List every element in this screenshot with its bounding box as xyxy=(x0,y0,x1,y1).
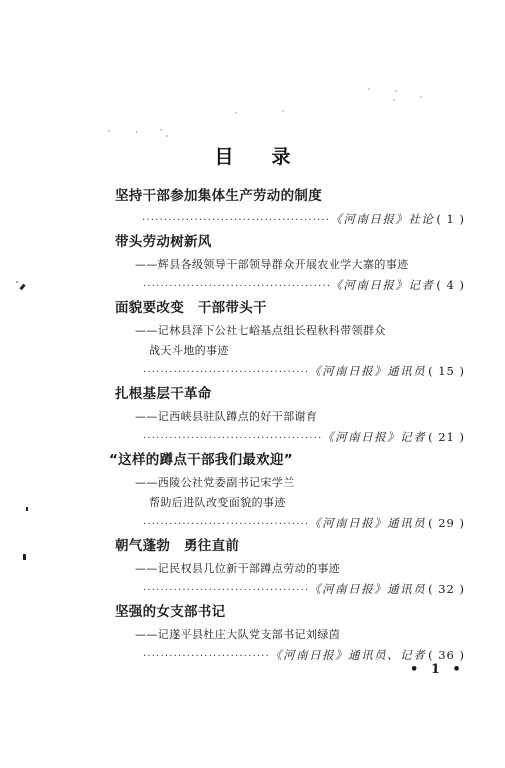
scan-mark xyxy=(23,554,26,560)
table-of-contents: 坚持干部参加集体生产劳动的制度 《河南日报》社论 ( 1 ) 带头劳动树新风 —… xyxy=(115,186,465,668)
scan-speck xyxy=(108,130,110,132)
entry-subtitle: ——辉县各级领导干部领导群众开展农业学大寨的事迹 xyxy=(115,256,465,276)
entry-heading[interactable]: 带头劳动树新风 xyxy=(115,232,465,256)
entry-heading[interactable]: 朝气蓬勃 勇往直前 xyxy=(115,536,465,560)
entry-heading[interactable]: 坚持干部参加集体生产劳动的制度 xyxy=(115,186,465,210)
entry-leader: 《河南日报》记者 ( 4 ) xyxy=(115,276,465,298)
entry-subtitle-continued: 帮助后进队改变面貌的事迹 xyxy=(115,494,465,514)
entry-source: 《河南日报》社论 xyxy=(330,210,434,228)
dot-leader xyxy=(143,582,309,600)
entry-source: 《河南日报》通讯员、记者 xyxy=(270,646,426,664)
dot-leader xyxy=(143,430,322,448)
title-char: 录 xyxy=(272,146,291,168)
entry-subtitle: ——记民权县几位新干部蹲点劳动的事迹 xyxy=(115,560,465,580)
entry-heading[interactable]: 坚强的女支部书记 xyxy=(115,602,465,626)
entry-source: 《河南日报》记者 xyxy=(330,276,434,294)
scan-speck xyxy=(395,90,397,92)
entry-source: 《河南日报》通讯员 xyxy=(309,514,426,532)
toc-entry[interactable]: 朝气蓬勃 勇往直前 ——记民权县几位新干部蹲点劳动的事迹 《河南日报》通讯员 (… xyxy=(115,536,465,602)
dot-leader xyxy=(143,364,309,382)
toc-entry[interactable]: 带头劳动树新风 ——辉县各级领导干部领导群众开展农业学大寨的事迹 《河南日报》记… xyxy=(115,232,465,298)
entry-leader: 《河南日报》通讯员 ( 15 ) xyxy=(115,362,465,384)
toc-entry[interactable]: 面貌要改变 干部带头干 ——记林县泽下公社七峪基点组长程秋科带领群众 战天斗地的… xyxy=(115,298,465,384)
dot-leader xyxy=(143,278,330,296)
page-number: • 1 • xyxy=(410,662,465,677)
entry-source: 《河南日报》通讯员 xyxy=(309,580,426,598)
entry-page[interactable]: ( 29 ) xyxy=(428,514,465,532)
toc-entry[interactable]: 坚持干部参加集体生产劳动的制度 《河南日报》社论 ( 1 ) xyxy=(115,186,465,232)
entry-subtitle-continued: 战天斗地的事迹 xyxy=(115,342,465,362)
toc-entry[interactable]: 扎根基层干革命 ——记西峡县驻队蹲点的好干部谢育 《河南日报》记者 ( 21 ) xyxy=(115,384,465,450)
entry-leader: 《河南日报》记者 ( 21 ) xyxy=(115,428,465,450)
scan-mark xyxy=(19,284,25,291)
scan-speck xyxy=(368,88,370,90)
entry-leader: 《河南日报》通讯员 ( 29 ) xyxy=(115,514,465,536)
scan-speck xyxy=(16,281,18,283)
scan-speck xyxy=(160,129,162,131)
entry-subtitle: ——记西峡县驻队蹲点的好干部谢育 xyxy=(115,408,465,428)
title-char: 目 xyxy=(214,146,233,168)
entry-source: 《河南日报》记者 xyxy=(322,428,426,446)
dot-leader xyxy=(143,516,309,534)
scan-speck xyxy=(235,112,237,114)
entry-subtitle: ——记林县泽下公社七峪基点组长程秋科带领群众 xyxy=(115,322,465,342)
scan-speck xyxy=(166,135,168,137)
scanned-page: 目录 坚持干部参加集体生产劳动的制度 《河南日报》社论 ( 1 ) 带头劳动树新… xyxy=(0,0,505,768)
entry-page[interactable]: ( 1 ) xyxy=(436,210,465,228)
entry-heading[interactable]: “这样的蹲点干部我们最欢迎” xyxy=(109,450,465,474)
scan-speck xyxy=(282,110,284,112)
entry-source: 《河南日报》通讯员 xyxy=(309,362,426,380)
entry-subtitle: ——西陵公社党委副书记宋学兰 xyxy=(115,474,465,494)
entry-leader: 《河南日报》通讯员 ( 32 ) xyxy=(115,580,465,602)
dot-leader xyxy=(143,648,270,666)
entry-page[interactable]: ( 32 ) xyxy=(428,580,465,598)
entry-heading[interactable]: 面貌要改变 干部带头干 xyxy=(115,298,465,322)
entry-subtitle: ——记遂平县杜庄大队党支部书记刘绿茵 xyxy=(115,626,465,646)
toc-entry[interactable]: “这样的蹲点干部我们最欢迎” ——西陵公社党委副书记宋学兰 帮助后进队改变面貌的… xyxy=(115,450,465,536)
entry-heading[interactable]: 扎根基层干革命 xyxy=(115,384,465,408)
entry-page[interactable]: ( 4 ) xyxy=(436,276,465,294)
scan-speck xyxy=(136,131,138,133)
scan-speck xyxy=(420,96,422,98)
toc-entry[interactable]: 坚强的女支部书记 ——记遂平县杜庄大队党支部书记刘绿茵 《河南日报》通讯员、记者… xyxy=(115,602,465,668)
entry-leader: 《河南日报》社论 ( 1 ) xyxy=(115,210,465,232)
entry-page[interactable]: ( 15 ) xyxy=(428,362,465,380)
scan-mark xyxy=(26,507,28,511)
dot-leader xyxy=(142,212,330,230)
scan-speck xyxy=(393,99,395,101)
page-title: 目录 xyxy=(0,142,505,169)
entry-page[interactable]: ( 21 ) xyxy=(428,428,465,446)
